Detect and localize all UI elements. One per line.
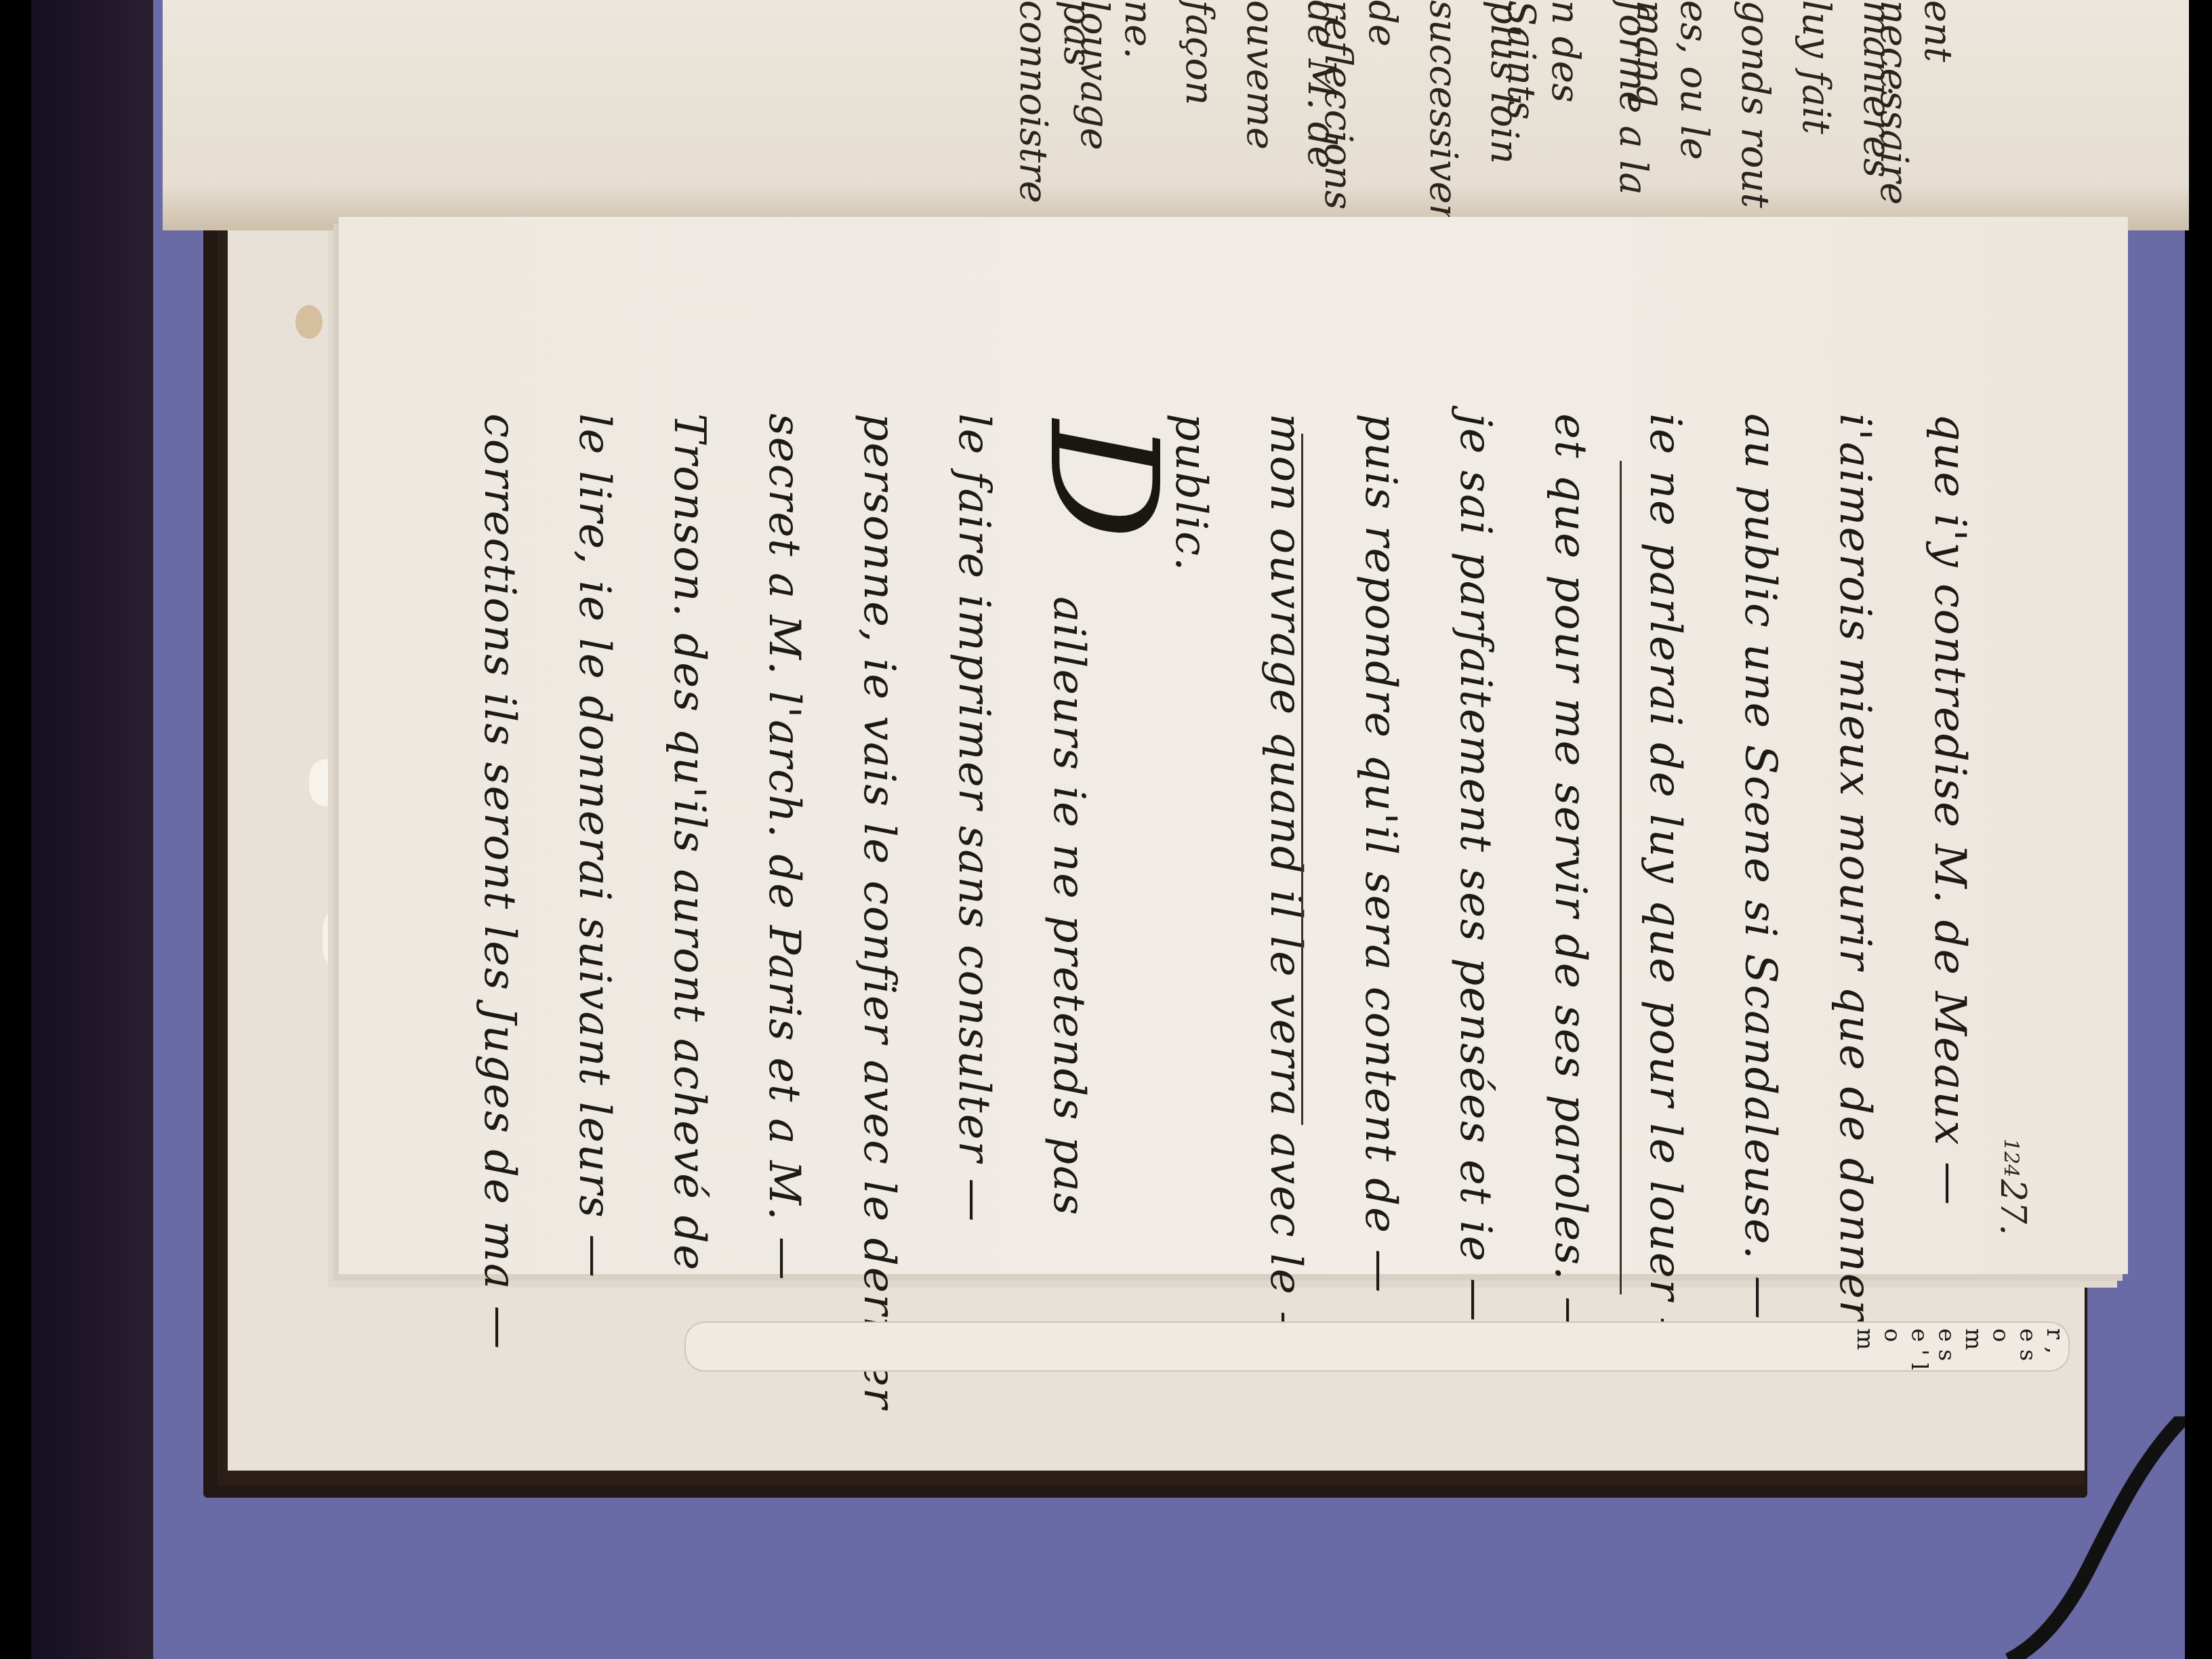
facing-line: de M. de	[1301, 0, 1343, 217]
text-line: Tronson. des qu'ils auront achevé de	[664, 413, 714, 1271]
old-folio-number: 124	[1999, 1139, 2023, 1177]
dark-cover-edge	[31, 0, 153, 1659]
facing-line: façon	[1179, 0, 1221, 217]
text-line: i'aimerois mieux mourir que de donner	[1830, 413, 1880, 1322]
underline-rule	[1620, 461, 1622, 1294]
text-line: que i'y contredise M. de Meaux —	[1925, 413, 1975, 1206]
facing-line: successivement	[1423, 0, 1465, 217]
text-line: au public une Scene si Scandaleuse. —	[1735, 413, 1785, 1320]
text-line: corrections ils seront les Juges de ma —	[474, 413, 525, 1350]
text-line: le lire, ie le donnerai suivant leurs —	[569, 413, 619, 1279]
decorative-initial: D	[1017, 420, 1190, 539]
stain	[295, 305, 323, 339]
text-line: secret a M. l'arch. de Paris et a M. —	[759, 413, 809, 1282]
text-line: et que pour me servir de ses paroles. —	[1545, 413, 1595, 1341]
facing-line: luy fait	[1796, 0, 1838, 217]
facing-line: pas connoistre	[1057, 0, 1099, 217]
inserted-paper-slip: r , e s o m e s e ' l o m	[684, 1322, 2070, 1372]
manuscript-page: 124 27. que i'y contredise M. de Meaux —…	[339, 217, 2128, 1274]
text-line: personne, ie vais le confier avec le der…	[854, 413, 904, 1410]
facing-line: plus loin	[1484, 0, 1526, 217]
underline-rule	[1301, 434, 1303, 1125]
black-border-left	[0, 0, 31, 1659]
text-line: puis repondre qu'il sera content de —	[1355, 413, 1406, 1294]
text-line: ailleurs ie ne pretends pas	[1044, 596, 1094, 1216]
text-line: ie ne parlerai de luy que pour le louer …	[1640, 413, 1690, 1361]
folio-number: 27.	[1992, 1179, 2033, 1235]
facing-line: de refleccions	[1362, 0, 1404, 217]
text-line: le faire imprimer sans consulter —	[949, 413, 999, 1223]
slip-marks: r , e s o m e s e ' l o m	[686, 1328, 2068, 1370]
black-border-right	[2185, 0, 2212, 1659]
text-line: je sai parfaitement ses pensées et ie —	[1450, 413, 1500, 1323]
facing-line: manieres	[1857, 0, 1899, 217]
black-cable	[1982, 1416, 2185, 1659]
facing-line: ouveme	[1240, 0, 1282, 217]
facing-line: gonds rout	[1735, 0, 1777, 217]
facing-line: ent necessaire	[1918, 0, 1960, 217]
facing-line: n des Saints	[1545, 0, 1587, 217]
facing-line: forme a la	[1613, 0, 1655, 217]
facing-page: ent necessaire manieres luy fait gonds r…	[163, 0, 2189, 230]
facing-line: ne. louvage	[1118, 0, 1160, 217]
facing-line: es, ou le manq	[1674, 0, 1716, 217]
